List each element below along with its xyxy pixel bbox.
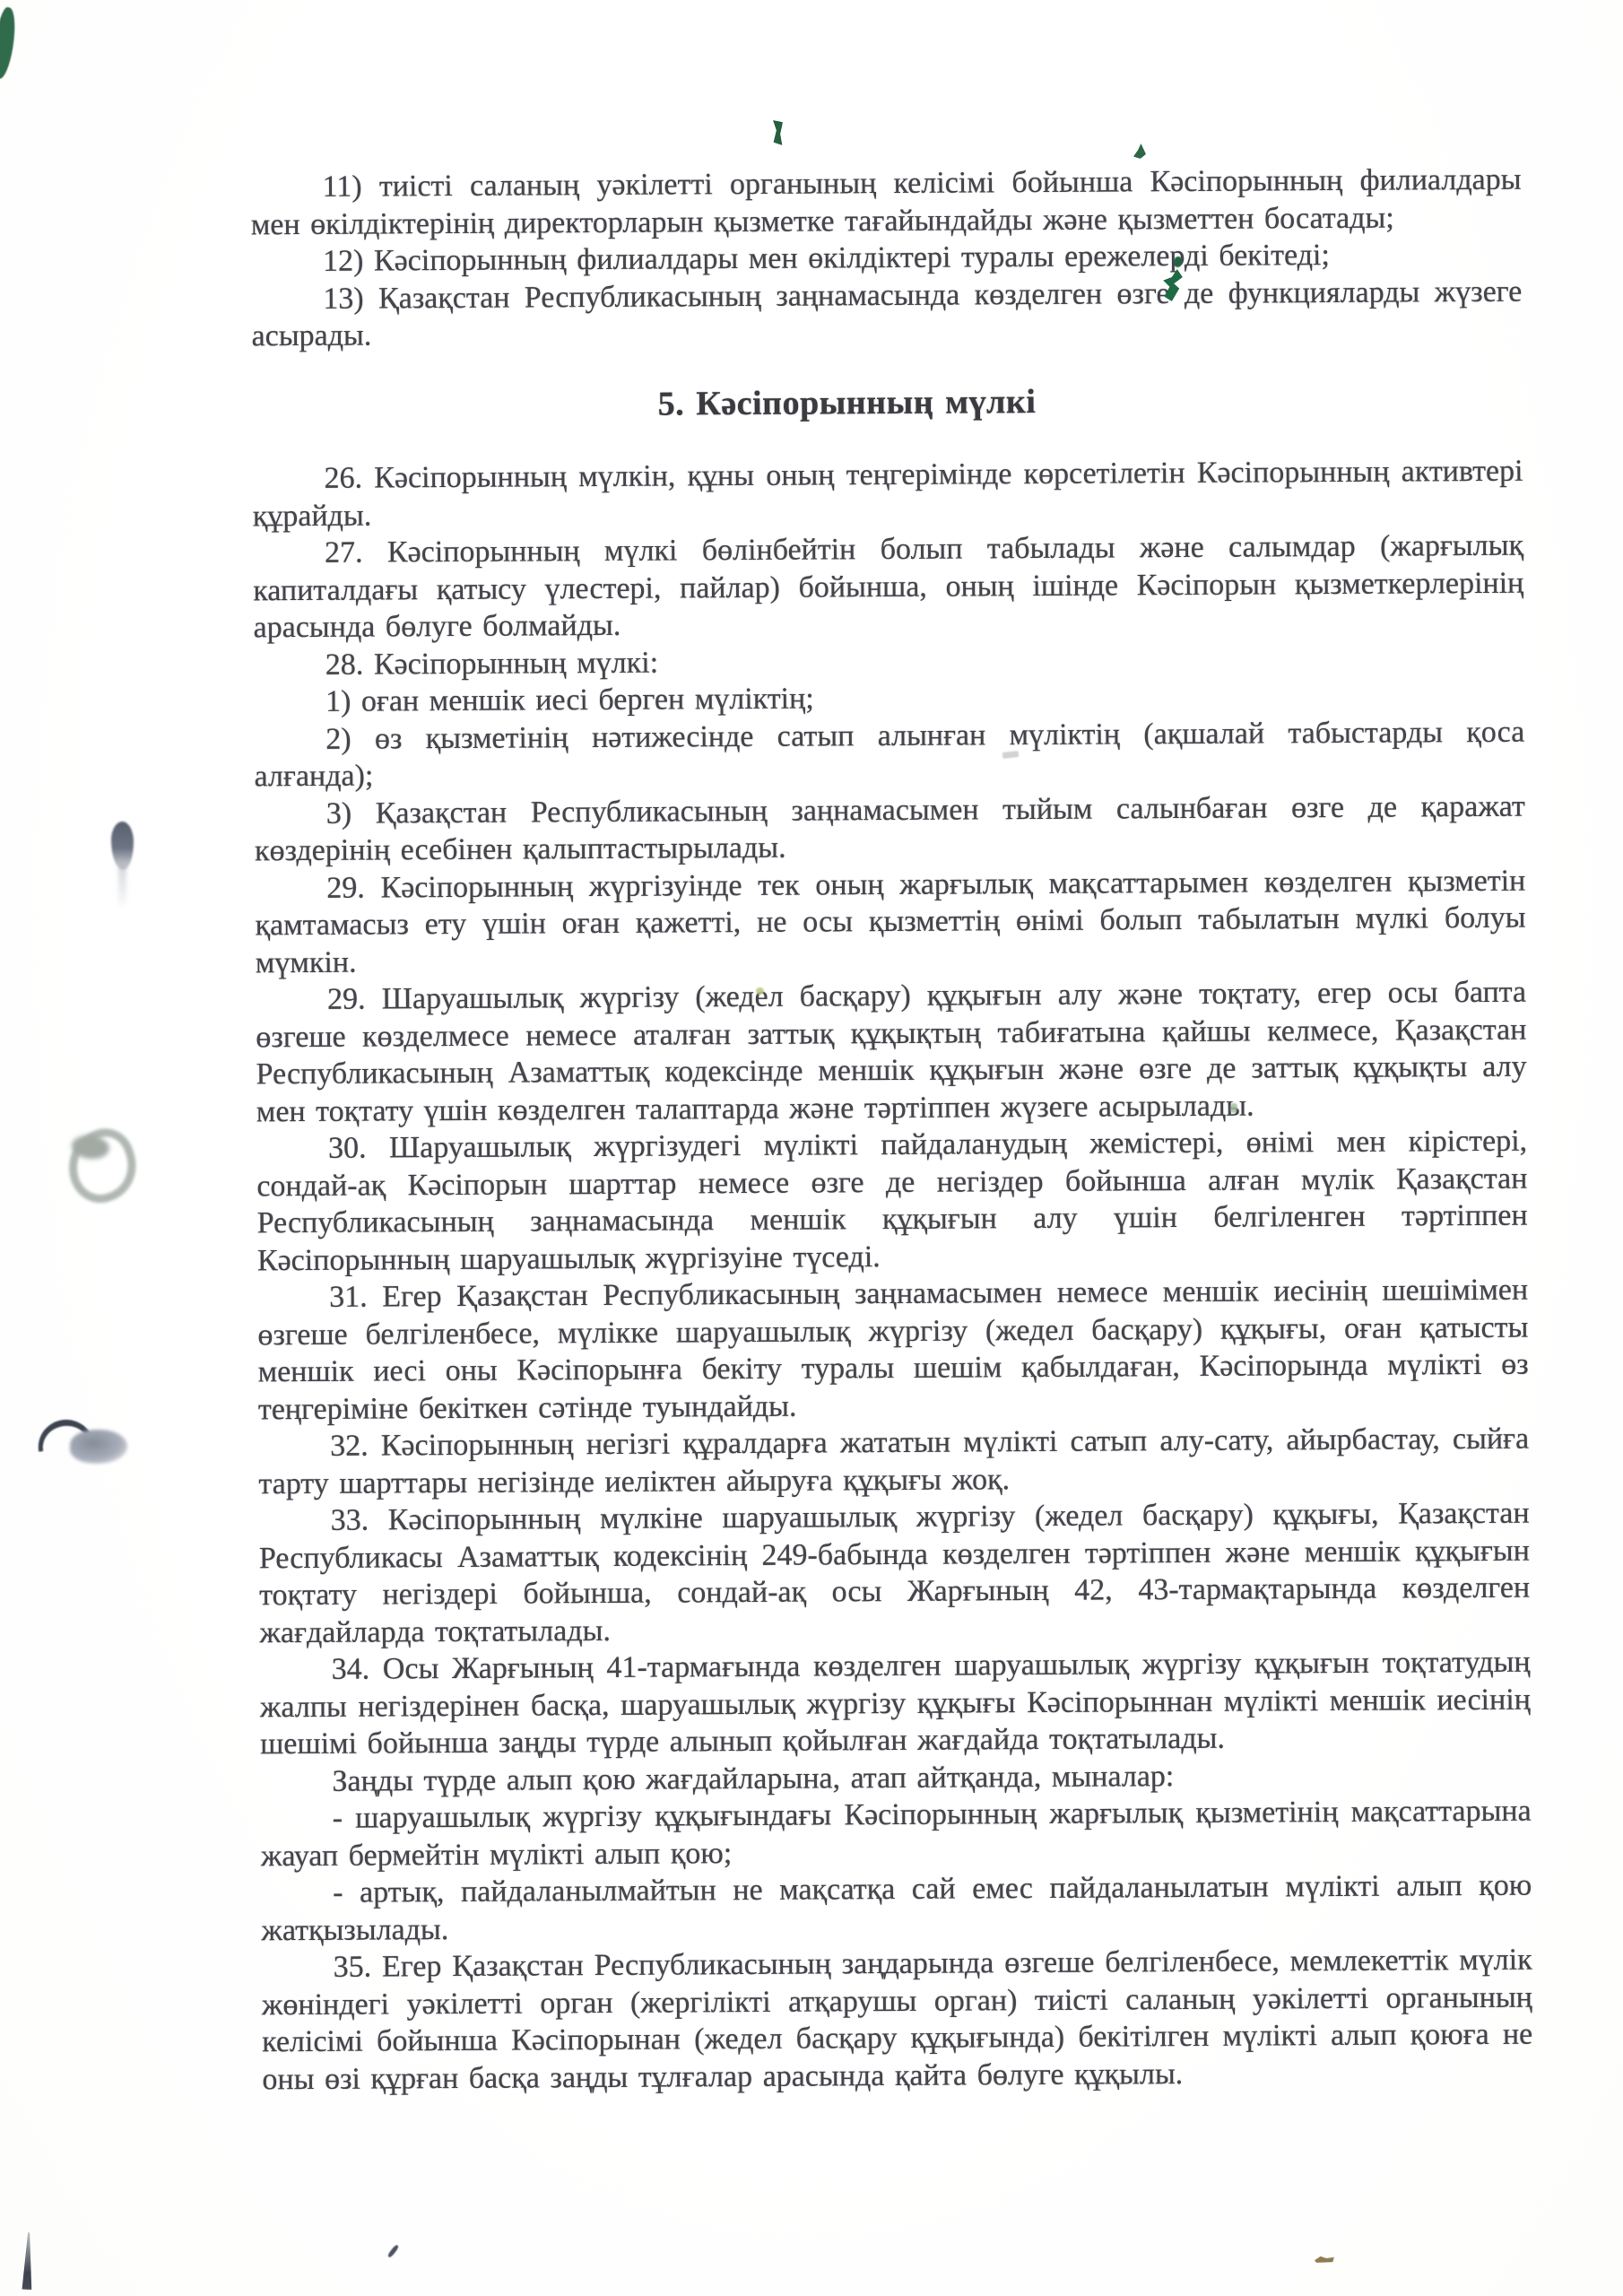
paragraph-clause-29-second: 29. Шаруашылық жүргізу (жедел басқару) қ… [256, 974, 1527, 1131]
green-ink-mark-icon [0, 6, 19, 80]
ink-teardrop-smudge-icon [111, 822, 134, 870]
paragraph-clause-33: 33. Кәсіпорынның мүлкіне шаруашылық жүрг… [259, 1495, 1531, 1652]
document-text-block: 11) тиісті саланың уәкілетті органының к… [249, 0, 1534, 2296]
paragraph-clause-34-dash-1: - шаруашылық жүргізу құқығындағы Кәсіпор… [261, 1793, 1532, 1875]
ink-tick-mark-icon [22, 2232, 34, 2290]
paragraph-clause-27: 27. Кәсіпорынның мүлкі бөлінбейтін болып… [253, 527, 1524, 647]
paragraph-clause-34: 34. Осы Жарғының 41-тармағында көзделген… [260, 1644, 1532, 1763]
paragraph-clause-28-sub-2: 2) өз қызметінің нәтижесінде сатып алынғ… [254, 713, 1524, 796]
gray-swirl-smudge-icon [58, 1121, 145, 1211]
paragraph-item-13: 13) Қазақстан Республикасының заңнамасын… [251, 273, 1522, 355]
paragraph-clause-30: 30. Шаруашылық жүргізудегі мүлікті пайда… [256, 1123, 1528, 1280]
scanned-page: 11) тиісті саланың уәкілетті органының к… [0, 0, 1623, 2296]
paragraph-clause-29-first: 29. Кәсіпорынның жүргізуінде тек оның жа… [255, 862, 1526, 981]
paragraph-clause-26: 26. Кәсіпорынның мүлкін, құны оның теңге… [252, 453, 1523, 535]
gray-blob-smudge-icon [70, 1430, 127, 1464]
ink-arc-smudge-icon [35, 1416, 93, 1451]
paragraph-clause-32: 32. Кәсіпорынның негізгі құралдарға жата… [258, 1421, 1529, 1503]
paragraph-clause-31: 31. Егер Қазақстан Республикасының заңна… [257, 1272, 1529, 1429]
paragraph-clause-34-dash-2: - артық, пайдаланылмайтын не мақсатқа са… [261, 1867, 1532, 1950]
section-heading: 5. Кәсіпорынның мүлкі [212, 380, 1482, 425]
paragraph-clause-28-sub-3: 3) Қазақстан Республикасының заңнамасыме… [255, 787, 1525, 870]
paragraph-item-11: 11) тиісті саланың уәкілетті органының к… [250, 161, 1521, 244]
paragraph-clause-35: 35. Егер Қазақстан Республикасының заңда… [262, 1942, 1533, 2099]
